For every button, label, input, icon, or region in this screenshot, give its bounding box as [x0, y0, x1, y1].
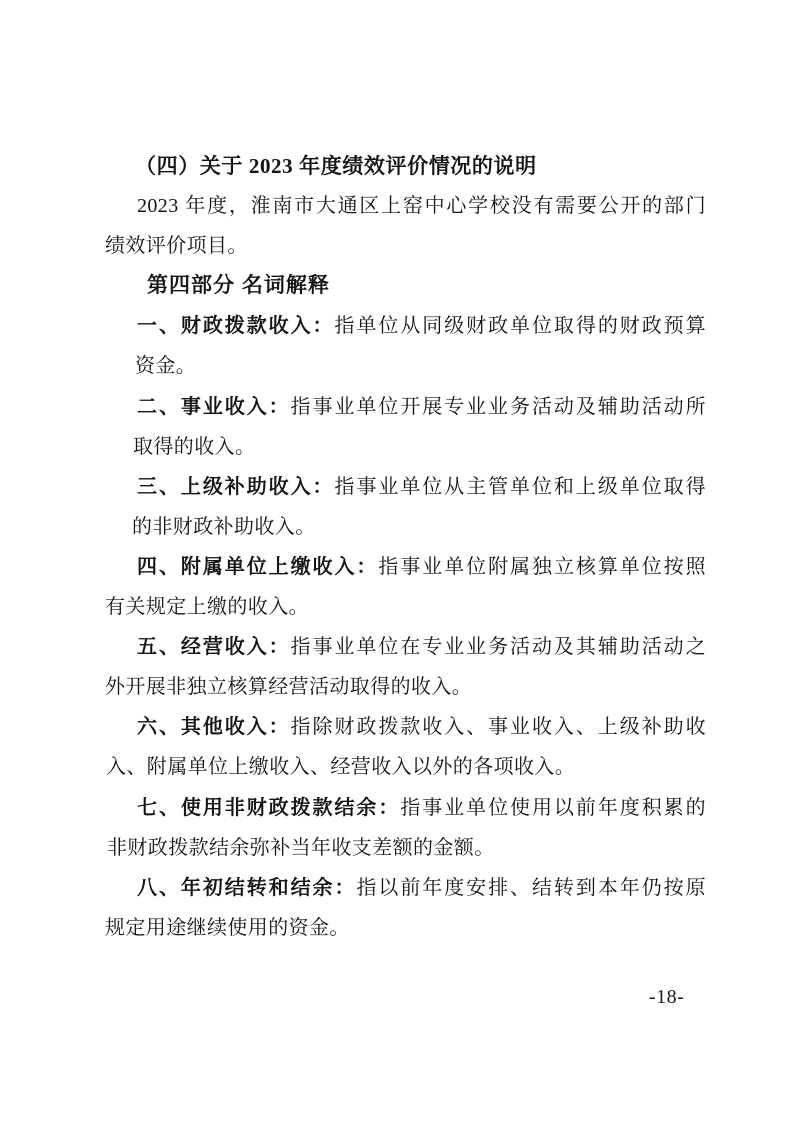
page-number: -18-: [649, 986, 684, 1009]
term-label: 二、事业收入：: [137, 396, 291, 418]
text-line: 入、附属单位上缴收入、经营收入以外的各项收入。: [105, 747, 706, 787]
section-heading: （四）关于 2023 年度绩效评价情况的说明: [105, 146, 706, 186]
text-line: 绩效评价项目。: [105, 226, 706, 266]
document-page: （四）关于 2023 年度绩效评价情况的说明2023 年度，淮南市大通区上窑中心…: [0, 0, 793, 1122]
text-segment: 资金。: [135, 355, 196, 377]
text-line: 有关规定上缴的收入。: [105, 587, 706, 627]
text-segment: 指事业单位开展专业业务活动及辅助活动所: [291, 396, 706, 418]
text-segment: 有关规定上缴的收入。: [105, 596, 309, 618]
term-label: 八、年初结转和结余：: [137, 877, 356, 899]
text-line: 外开展非独立核算经营活动取得的收入。: [105, 667, 706, 707]
section-heading: 第四部分 名词解释: [105, 266, 706, 306]
text-segment: 非财政拨款结余弥补当年收支差额的金额。: [107, 837, 495, 859]
text-segment: 的非财政补助收入。: [132, 516, 316, 538]
text-line: 八、年初结转和结余：指以前年度安排、结转到本年仍按原: [105, 868, 706, 908]
term-label: 五、经营收入：: [137, 636, 291, 658]
term-label: 七、使用非财政拨款结余：: [137, 797, 400, 819]
term-label: 三、上级补助收入：: [137, 476, 335, 498]
text-segment: 外开展非独立核算经营活动取得的收入。: [105, 676, 472, 698]
text-line: 三、上级补助收入：指事业单位从主管单位和上级单位取得: [105, 467, 706, 507]
text-segment: 绩效评价项目。: [105, 235, 248, 257]
text-segment: 指事业单位使用以前年度积累的: [400, 797, 706, 819]
text-line: 一、财政拨款收入：指单位从同级财政单位取得的财政预算: [105, 306, 706, 346]
text-segment: 指除财政拨款收入、事业收入、上级补助收: [291, 716, 706, 738]
text-line: 非财政拨款结余弥补当年收支差额的金额。: [105, 828, 706, 868]
text-line: 七、使用非财政拨款结余：指事业单位使用以前年度积累的: [105, 788, 706, 828]
term-label: 六、其他收入：: [137, 716, 291, 738]
text-segment: 规定用途继续使用的资金。: [105, 917, 350, 939]
text-segment: 指事业单位附属独立核算单位按照: [378, 556, 706, 578]
text-line: 六、其他收入：指除财政拨款收入、事业收入、上级补助收: [105, 707, 706, 747]
text-segment: 2023 年度，淮南市大通区上窑中心学校没有需要公开的部门: [137, 195, 706, 217]
text-segment: 入、附属单位上缴收入、经营收入以外的各项收入。: [106, 756, 575, 778]
document-body: （四）关于 2023 年度绩效评价情况的说明2023 年度，淮南市大通区上窑中心…: [105, 146, 706, 948]
term-label: （四）关于 2023 年度绩效评价情况的说明: [135, 154, 537, 178]
term-label: 四、附属单位上缴收入：: [137, 556, 378, 578]
text-segment: 指事业单位在专业业务活动及其辅助活动之: [291, 636, 706, 658]
term-label: 第四部分 名词解释: [147, 274, 330, 297]
term-label: 一、财政拨款收入：: [137, 315, 335, 337]
text-line: 四、附属单位上缴收入：指事业单位附属独立核算单位按照: [105, 547, 706, 587]
text-segment: 指事业单位从主管单位和上级单位取得: [335, 476, 707, 498]
text-segment: 指单位从同级财政单位取得的财政预算: [335, 315, 707, 337]
text-line: 2023 年度，淮南市大通区上窑中心学校没有需要公开的部门: [105, 186, 706, 226]
text-segment: 指以前年度安排、结转到本年仍按原: [356, 877, 706, 899]
text-line: 五、经营收入：指事业单位在专业业务活动及其辅助活动之: [105, 627, 706, 667]
text-line: 取得的收入。: [105, 427, 706, 467]
text-segment: 取得的收入。: [133, 436, 255, 458]
text-line: 资金。: [105, 346, 706, 386]
text-line: 的非财政补助收入。: [105, 507, 706, 547]
text-line: 二、事业收入：指事业单位开展专业业务活动及辅助活动所: [105, 387, 706, 427]
text-line: 规定用途继续使用的资金。: [105, 908, 706, 948]
